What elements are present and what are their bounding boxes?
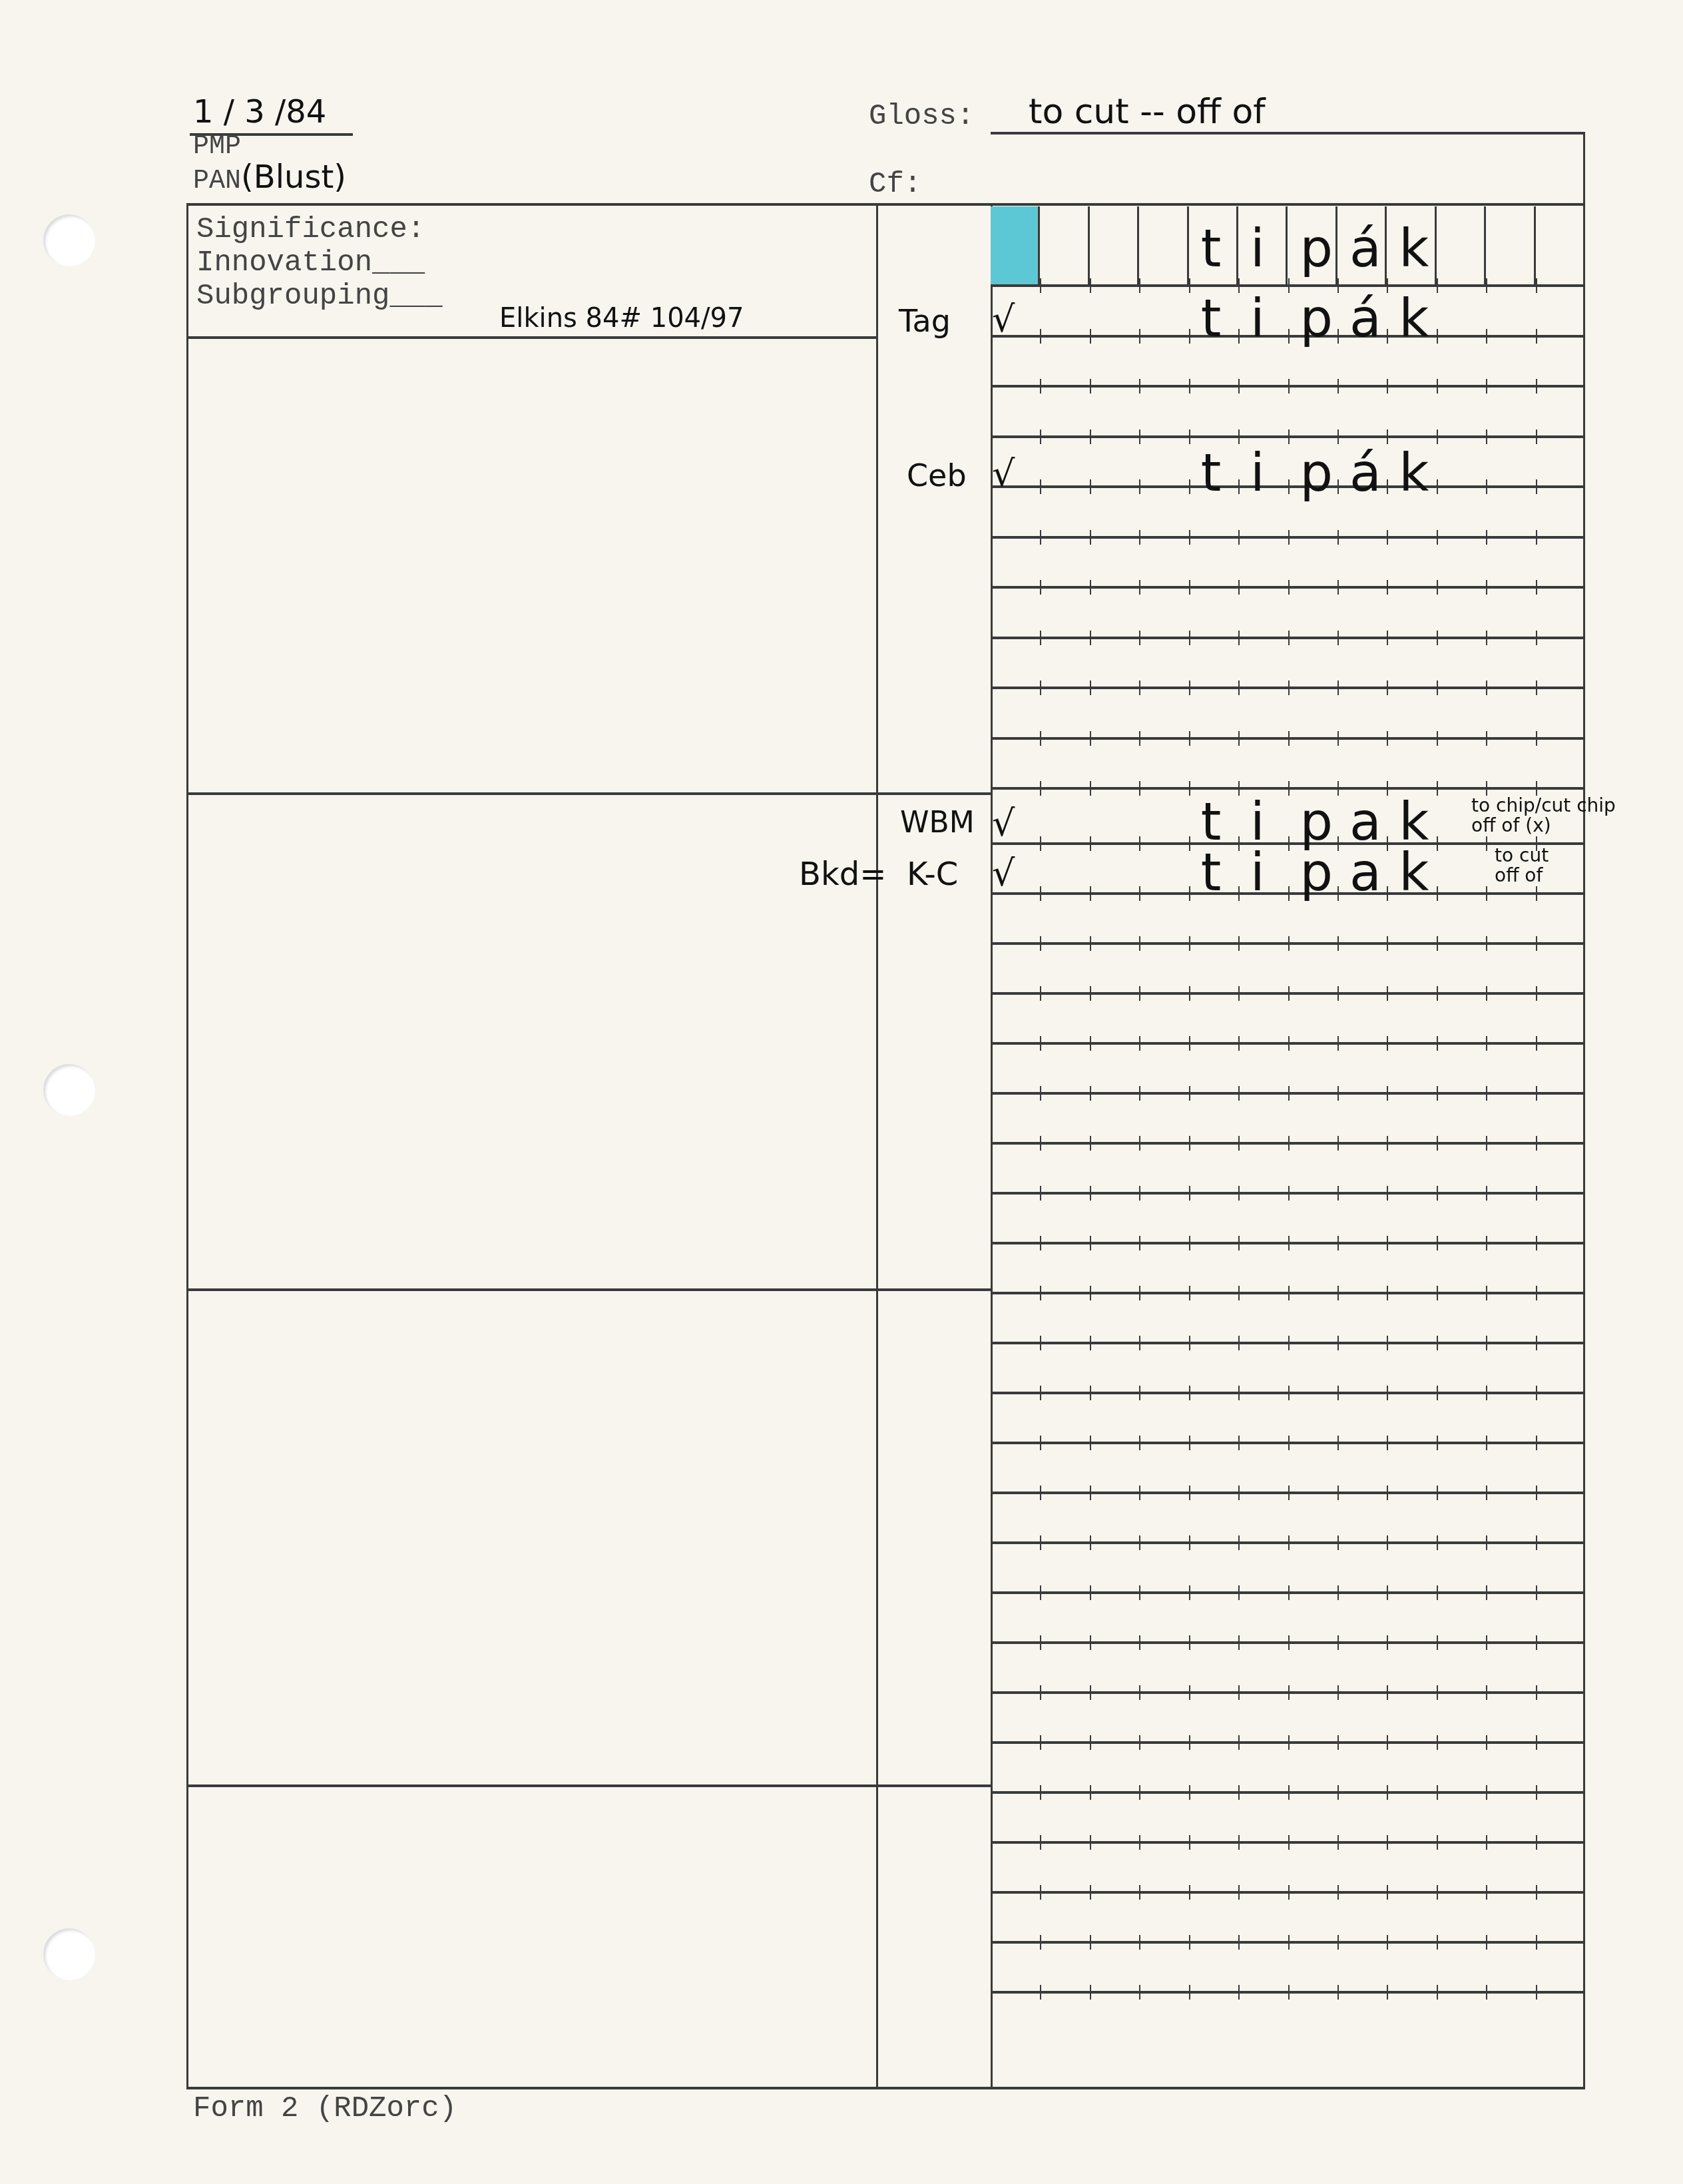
ruled-tick	[1090, 731, 1091, 746]
gloss-underline	[991, 132, 1585, 135]
ruled-tick	[1139, 1585, 1140, 1600]
pan-field: PAN(Blust)	[193, 158, 346, 196]
ruled-tick	[1090, 986, 1091, 1001]
pan-note: (Blust)	[241, 158, 346, 196]
ruled-tick	[1139, 479, 1140, 494]
ruled-tick	[1437, 631, 1438, 645]
ruled-tick	[1337, 1236, 1339, 1250]
ruled-tick	[1288, 530, 1290, 545]
ruled-tick	[1536, 1236, 1537, 1250]
frame-top	[186, 203, 1585, 206]
ruled-tick	[1536, 1635, 1537, 1650]
ruled-tick	[1090, 580, 1091, 595]
ruled-tick	[1288, 1086, 1290, 1101]
reference-note: Elkins 84# 104/97	[499, 303, 744, 334]
ruled-tick	[1486, 1635, 1487, 1650]
grid-header-cell	[1437, 206, 1486, 284]
ruled-tick	[1437, 886, 1438, 901]
row-letter: k	[1399, 293, 1429, 345]
ruled-tick	[1040, 278, 1041, 293]
ruled-tick	[1536, 429, 1537, 444]
ruled-tick	[1288, 986, 1290, 1001]
check-wbm: √	[992, 802, 1015, 844]
ruled-tick	[1238, 1935, 1240, 1950]
ruled-tick	[1387, 1735, 1388, 1750]
ruled-tick	[1387, 1785, 1388, 1800]
row-letter: t	[1201, 447, 1222, 499]
note-kc: to cut off of	[1495, 846, 1568, 886]
ruled-tick	[1437, 731, 1438, 746]
ruled-tick	[1139, 1985, 1140, 2000]
ruled-tick	[1437, 1436, 1438, 1450]
ruled-tick	[1090, 1835, 1091, 1850]
ruled-tick	[1189, 1685, 1190, 1700]
ruled-tick	[1238, 1885, 1240, 1900]
ruled-tick	[1337, 1835, 1339, 1850]
ruled-tick	[1139, 1236, 1140, 1250]
ruled-tick	[1486, 1685, 1487, 1700]
ruled-tick	[1090, 1685, 1091, 1700]
ruled-tick	[1337, 1186, 1339, 1201]
row-letter: p	[1300, 447, 1333, 499]
ruled-tick	[1288, 1585, 1290, 1600]
row-letter: k	[1399, 847, 1429, 899]
ruled-tick	[1337, 731, 1339, 746]
ruled-tick	[1238, 681, 1240, 695]
ruled-tick	[1387, 1186, 1388, 1201]
date-value: 1 / 3 /84	[193, 93, 326, 131]
ruled-tick	[1189, 580, 1190, 595]
pmp-label: PMP	[193, 132, 241, 162]
ruled-tick	[1040, 479, 1041, 494]
ruled-tick	[1189, 1186, 1190, 1201]
ruled-tick	[1040, 631, 1041, 645]
ruled-tick	[1040, 1885, 1041, 1900]
ruled-tick	[1486, 1885, 1487, 1900]
ruled-tick	[1437, 1685, 1438, 1700]
ruled-tick	[1090, 479, 1091, 494]
ruled-tick	[1139, 731, 1140, 746]
ruled-tick	[1090, 1785, 1091, 1800]
ruled-tick	[1090, 1136, 1091, 1151]
ruled-tick	[1189, 731, 1190, 746]
frame-middle-divider	[876, 203, 878, 2089]
ruled-tick	[1486, 278, 1487, 293]
ruled-tick	[1437, 1136, 1438, 1151]
ruled-tick	[1189, 1436, 1190, 1450]
grid-header-cell	[1090, 206, 1139, 284]
ruled-tick	[1090, 379, 1091, 394]
ruled-tick	[1090, 1036, 1091, 1051]
ruled-tick	[1437, 530, 1438, 545]
ruled-tick	[1040, 1486, 1041, 1500]
ruled-tick	[1387, 1885, 1388, 1900]
significance-title: Significance:	[196, 213, 425, 246]
ruled-tick	[1536, 379, 1537, 394]
row-letter: i	[1250, 447, 1265, 499]
ruled-tick	[1238, 479, 1240, 494]
grid-header-cell	[991, 206, 1040, 284]
ruled-tick	[1040, 429, 1041, 444]
grid-header-cell	[1139, 206, 1188, 284]
ruled-tick	[1337, 429, 1339, 444]
ruled-tick	[1536, 1785, 1537, 1800]
ruled-tick	[1040, 1685, 1041, 1700]
ruled-tick	[1288, 1985, 1290, 2000]
date-field: 1 / 3 /84	[193, 93, 326, 131]
ruled-tick	[1189, 329, 1190, 344]
ruled-tick	[1337, 1036, 1339, 1051]
ruled-tick	[1536, 1685, 1537, 1700]
ruled-tick	[1437, 1735, 1438, 1750]
ruled-tick	[1288, 1635, 1290, 1650]
ruled-tick	[1238, 1635, 1240, 1650]
ruled-tick	[1139, 1286, 1140, 1300]
ruled-tick	[1238, 1785, 1240, 1800]
ruled-tick	[1437, 580, 1438, 595]
ruled-tick	[1288, 1486, 1290, 1500]
ruled-tick	[1337, 1286, 1339, 1300]
row-letter: i	[1250, 847, 1265, 899]
ruled-tick	[1337, 1735, 1339, 1750]
ruled-tick	[1387, 1985, 1388, 2000]
ruled-tick	[1337, 1635, 1339, 1650]
ruled-tick	[1238, 1985, 1240, 2000]
ruled-tick	[1437, 1585, 1438, 1600]
ruled-tick	[1090, 1086, 1091, 1101]
ruled-tick	[1387, 1336, 1388, 1350]
ruled-tick	[1486, 886, 1487, 901]
ruled-tick	[1536, 278, 1537, 293]
ruled-tick	[1437, 986, 1438, 1001]
ruled-tick	[1337, 479, 1339, 494]
ruled-tick	[1288, 479, 1290, 494]
ruled-tick	[1486, 1585, 1487, 1600]
ruled-tick	[1139, 1885, 1140, 1900]
ruled-tick	[1486, 530, 1487, 545]
ruled-tick	[1139, 1086, 1140, 1101]
ruled-tick	[1090, 1935, 1091, 1950]
ruled-tick	[1387, 580, 1388, 595]
ruled-tick	[1288, 1286, 1290, 1300]
header-letter: p	[1300, 223, 1333, 275]
ruled-tick	[1040, 379, 1041, 394]
ruled-tick	[1437, 681, 1438, 695]
ruled-tick	[1536, 1386, 1537, 1400]
ruled-tick	[1189, 836, 1190, 851]
hole-punch-bottom	[43, 1928, 95, 1980]
row-letter: i	[1250, 293, 1265, 345]
ruled-tick	[1238, 936, 1240, 951]
pan-label: PAN	[193, 166, 241, 196]
ruled-tick	[1090, 631, 1091, 645]
ruled-tick	[1090, 836, 1091, 851]
innovation-label: Innovation___	[196, 246, 425, 280]
ruled-tick	[1238, 379, 1240, 394]
ruled-tick	[1437, 1386, 1438, 1400]
ruled-tick	[1387, 731, 1388, 746]
ruled-tick	[1536, 781, 1537, 796]
ruled-tick	[1288, 580, 1290, 595]
ruled-tick	[1536, 986, 1537, 1001]
ruled-tick	[1040, 1086, 1041, 1101]
ruled-tick	[1387, 1286, 1388, 1300]
ruled-tick	[1288, 1136, 1290, 1151]
ruled-tick	[1189, 1835, 1190, 1850]
ruled-tick	[1189, 1535, 1190, 1550]
ruled-tick	[1139, 278, 1140, 293]
ruled-tick	[1536, 1486, 1537, 1500]
ruled-tick	[1437, 1186, 1438, 1201]
grid-header-cell	[1040, 206, 1089, 284]
row-letter: p	[1300, 293, 1333, 345]
ruled-tick	[1288, 681, 1290, 695]
ruled-tick	[1288, 429, 1290, 444]
ruled-tick	[1189, 986, 1190, 1001]
form-label: Form 2 (RDZorc)	[193, 2092, 457, 2125]
ruled-tick	[1337, 1985, 1339, 2000]
row-letter: á	[1349, 447, 1381, 499]
ruled-tick	[1238, 1286, 1240, 1300]
ruled-tick	[1486, 1535, 1487, 1550]
ruled-tick	[1536, 1535, 1537, 1550]
ruled-tick	[1139, 681, 1140, 695]
ruled-tick	[1337, 1436, 1339, 1450]
ruled-tick	[1288, 936, 1290, 951]
ruled-tick	[1288, 1535, 1290, 1550]
ruled-tick	[1139, 1935, 1140, 1950]
ruled-tick	[1437, 836, 1438, 851]
ruled-tick	[1238, 1436, 1240, 1450]
ruled-tick	[1238, 580, 1240, 595]
ruled-tick	[1040, 1186, 1041, 1201]
ruled-tick	[1288, 1735, 1290, 1750]
section-divider-1	[186, 792, 992, 795]
row-letter: a	[1349, 796, 1381, 848]
ruled-tick	[1387, 1635, 1388, 1650]
ruled-tick	[1536, 1835, 1537, 1850]
ruled-tick	[1437, 379, 1438, 394]
ruled-tick	[1536, 1186, 1537, 1201]
ruled-tick	[1486, 1985, 1487, 2000]
ruled-tick	[1387, 1935, 1388, 1950]
ruled-tick	[1536, 681, 1537, 695]
ruled-tick	[1040, 530, 1041, 545]
ruled-tick	[1040, 1036, 1041, 1051]
ruled-tick	[1040, 329, 1041, 344]
ruled-tick	[1437, 1535, 1438, 1550]
lang-label-wbm: WBM	[900, 806, 975, 840]
ruled-tick	[1189, 1336, 1190, 1350]
ruled-tick	[1090, 329, 1091, 344]
header-letter: k	[1399, 223, 1429, 275]
ruled-tick	[1486, 580, 1487, 595]
ruled-tick	[1040, 1535, 1041, 1550]
row-letter: k	[1399, 796, 1429, 848]
ruled-tick	[1040, 1635, 1041, 1650]
lang-label-tag: Tag	[899, 303, 951, 339]
ruled-tick	[1437, 278, 1438, 293]
ruled-tick	[1090, 1985, 1091, 2000]
ruled-tick	[1189, 530, 1190, 545]
ruled-tick	[1238, 1585, 1240, 1600]
ruled-tick	[1090, 1885, 1091, 1900]
ruled-tick	[1337, 936, 1339, 951]
ruled-tick	[1387, 278, 1388, 293]
ruled-tick	[1139, 1486, 1140, 1500]
ruled-tick	[1486, 1436, 1487, 1450]
ruled-tick	[1387, 1036, 1388, 1051]
ruled-tick	[1387, 1086, 1388, 1101]
ruled-tick	[1437, 1086, 1438, 1101]
ruled-tick	[1189, 429, 1190, 444]
ruled-tick	[1486, 986, 1487, 1001]
ruled-tick	[1536, 1935, 1537, 1950]
ruled-tick	[1486, 329, 1487, 344]
ruled-tick	[1437, 1785, 1438, 1800]
header-letter: á	[1349, 223, 1381, 275]
ruled-tick	[1437, 1036, 1438, 1051]
ruled-tick	[1486, 1785, 1487, 1800]
ruled-tick	[1139, 1735, 1140, 1750]
ruled-tick	[1387, 936, 1388, 951]
ruled-tick	[1238, 1236, 1240, 1250]
ruled-tick	[1090, 936, 1091, 951]
ruled-tick	[1337, 1136, 1339, 1151]
ruled-tick	[1486, 681, 1487, 695]
ruled-tick	[1486, 1935, 1487, 1950]
ruled-tick	[1387, 1535, 1388, 1550]
ruled-tick	[1486, 1236, 1487, 1250]
ruled-tick	[1090, 681, 1091, 695]
ruled-tick	[1536, 1585, 1537, 1600]
ruled-tick	[1189, 1136, 1190, 1151]
ruled-tick	[1437, 1635, 1438, 1650]
ruled-tick	[1090, 1436, 1091, 1450]
ruled-tick	[1238, 1685, 1240, 1700]
ruled-tick	[1337, 631, 1339, 645]
frame-bottom	[186, 2087, 1585, 2089]
ruled-tick	[1238, 278, 1240, 293]
ruled-tick	[1288, 1885, 1290, 1900]
ruled-tick	[1238, 781, 1240, 796]
check-kc: √	[992, 852, 1015, 894]
ruled-tick	[1040, 781, 1041, 796]
subgrouping-label: Subgrouping___	[196, 280, 443, 313]
gloss-label: Gloss:	[869, 100, 974, 133]
ruled-tick	[1238, 1036, 1240, 1051]
ruled-tick	[1486, 781, 1487, 796]
ruled-tick	[1040, 1785, 1041, 1800]
hole-punch-middle	[43, 1064, 95, 1116]
ruled-tick	[1536, 1336, 1537, 1350]
ruled-tick	[1139, 379, 1140, 394]
gloss-box-right-border	[1583, 132, 1585, 205]
ruled-tick	[1486, 1186, 1487, 1201]
ruled-tick	[1090, 781, 1091, 796]
ruled-tick	[1437, 1835, 1438, 1850]
row-letter: a	[1349, 847, 1381, 899]
ruled-tick	[1139, 781, 1140, 796]
ruled-tick	[1536, 1885, 1537, 1900]
ruled-tick	[1288, 1336, 1290, 1350]
ruled-tick	[1090, 1735, 1091, 1750]
ruled-tick	[1536, 530, 1537, 545]
ruled-tick	[1090, 1486, 1091, 1500]
ruled-tick	[1189, 1036, 1190, 1051]
ruled-tick	[1437, 329, 1438, 344]
ruled-tick	[1536, 1136, 1537, 1151]
ruled-tick	[1486, 1036, 1487, 1051]
ruled-tick	[1189, 1386, 1190, 1400]
note-wbm: to chip/cut chip off of (x)	[1471, 796, 1631, 836]
ruled-tick	[1139, 836, 1140, 851]
ruled-tick	[1288, 1935, 1290, 1950]
ruled-tick	[1090, 1286, 1091, 1300]
ruled-tick	[1337, 1535, 1339, 1550]
ruled-tick	[1536, 329, 1537, 344]
ruled-tick	[1387, 1685, 1388, 1700]
ruled-tick	[1040, 1336, 1041, 1350]
ruled-tick	[1090, 429, 1091, 444]
ruled-tick	[1238, 1336, 1240, 1350]
ruled-tick	[1288, 781, 1290, 796]
significance-box-bottom	[186, 336, 878, 339]
ruled-tick	[1040, 580, 1041, 595]
ruled-tick	[1238, 1136, 1240, 1151]
row-letter: k	[1399, 447, 1429, 499]
ruled-tick	[1139, 1436, 1140, 1450]
ruled-tick	[1337, 530, 1339, 545]
ruled-tick	[1486, 1386, 1487, 1400]
ruled-tick	[1189, 936, 1190, 951]
ruled-tick	[1238, 886, 1240, 901]
ruled-tick	[1238, 329, 1240, 344]
hole-punch-top	[43, 214, 95, 266]
row-letter: t	[1201, 796, 1222, 848]
ruled-tick	[1288, 1386, 1290, 1400]
ruled-tick	[1486, 1286, 1487, 1300]
ruled-tick	[1238, 1835, 1240, 1850]
ruled-tick	[1139, 1535, 1140, 1550]
ruled-tick	[1536, 631, 1537, 645]
ruled-tick	[1090, 530, 1091, 545]
ruled-tick	[1139, 530, 1140, 545]
ruled-tick	[1337, 1785, 1339, 1800]
ruled-tick	[1238, 986, 1240, 1001]
ruled-tick	[1337, 1685, 1339, 1700]
lang-label-kc: K-C	[907, 856, 958, 893]
section-divider-3	[186, 1784, 992, 1787]
ruled-tick	[1486, 936, 1487, 951]
ruled-tick	[1337, 1935, 1339, 1950]
ruled-tick	[1288, 1036, 1290, 1051]
ruled-tick	[1387, 886, 1388, 901]
ruled-tick	[1437, 781, 1438, 796]
ruled-tick	[1238, 429, 1240, 444]
ruled-tick	[1337, 1336, 1339, 1350]
ruled-tick	[1536, 936, 1537, 951]
cf-label: Cf:	[869, 168, 921, 201]
ruled-tick	[1337, 986, 1339, 1001]
ruled-tick	[1387, 1436, 1388, 1450]
ruled-tick	[1090, 1635, 1091, 1650]
ruled-tick	[1536, 580, 1537, 595]
gloss-value: to cut -- off of	[1029, 92, 1266, 132]
row-letter: i	[1250, 796, 1265, 848]
ruled-tick	[1337, 278, 1339, 293]
ruled-tick	[1288, 379, 1290, 394]
